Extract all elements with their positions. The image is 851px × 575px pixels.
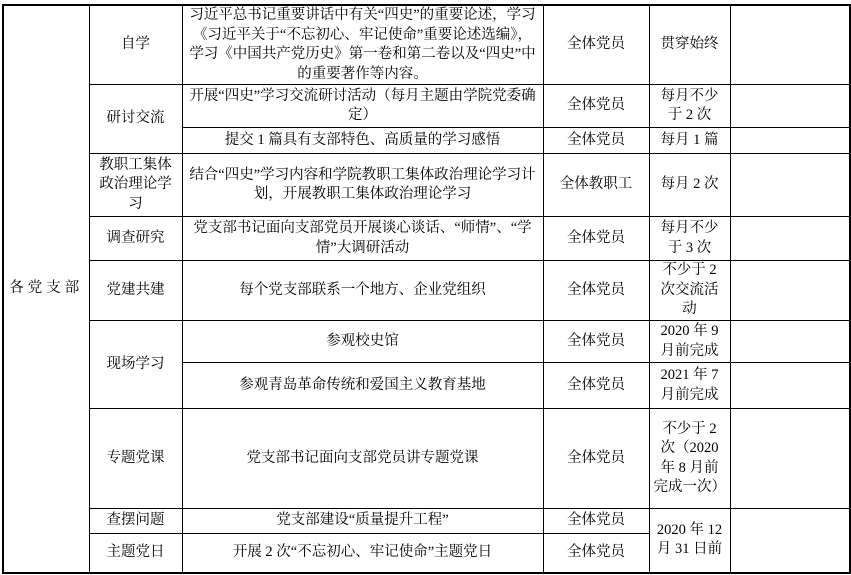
empty-cell bbox=[730, 5, 850, 85]
category-cell: 研讨交流 bbox=[89, 85, 182, 154]
frequency-cell: 不少于 2 次交流活动 bbox=[649, 261, 730, 321]
category-cell: 查摆问题 bbox=[89, 509, 182, 534]
task-cell: 开展“四史”学习交流研讨活动（每月主题由学院党委确定） bbox=[182, 85, 543, 128]
task-cell: 党支部书记面向支部党员开展谈心谈话、“师情”、“学情”大调研活动 bbox=[182, 217, 543, 261]
empty-cell bbox=[730, 154, 850, 217]
table-row: 现场学习 参观校史馆 全体党员 2020 年 9 月前完成 bbox=[3, 321, 850, 363]
table-row: 各党支部 自学 习近平总书记重要讲话中有关“四史”的重要论述，学习《习近平关于“… bbox=[3, 5, 850, 85]
empty-cell bbox=[730, 509, 850, 573]
empty-cell bbox=[730, 85, 850, 128]
empty-cell bbox=[730, 217, 850, 261]
frequency-cell: 2020 年 9 月前完成 bbox=[649, 321, 730, 363]
audience-cell: 全体党员 bbox=[543, 261, 649, 321]
category-cell: 调查研究 bbox=[89, 217, 182, 261]
table-row: 党建共建 每个党支部联系一个地方、企业党组织 全体党员 不少于 2 次交流活动 bbox=[3, 261, 850, 321]
table-row: 教职工集体政治理论学习 结合“四史”学习内容和学院教职工集体政治理论学习计划，开… bbox=[3, 154, 850, 217]
audience-cell: 全体党员 bbox=[543, 85, 649, 128]
audience-cell: 全体党员 bbox=[543, 363, 649, 409]
task-cell: 提交 1 篇具有支部特色、高质量的学习感悟 bbox=[182, 128, 543, 154]
task-cell: 每个党支部联系一个地方、企业党组织 bbox=[182, 261, 543, 321]
empty-cell bbox=[730, 363, 850, 409]
category-cell: 教职工集体政治理论学习 bbox=[89, 154, 182, 217]
frequency-cell: 每月不少于 3 次 bbox=[649, 217, 730, 261]
empty-cell bbox=[730, 128, 850, 154]
work-plan-table: 各党支部 自学 习近平总书记重要讲话中有关“四史”的重要论述，学习《习近平关于“… bbox=[2, 4, 851, 574]
task-cell: 参观青岛革命传统和爱国主义教育基地 bbox=[182, 363, 543, 409]
audience-cell: 全体党员 bbox=[543, 5, 649, 85]
table-row: 查摆问题 党支部建设“质量提升工程” 全体党员 2020 年 12 月 31 日… bbox=[3, 509, 850, 534]
audience-cell: 全体党员 bbox=[543, 321, 649, 363]
audience-cell: 全体教职工 bbox=[543, 154, 649, 217]
task-cell: 参观校史馆 bbox=[182, 321, 543, 363]
frequency-cell: 每月不少于 2 次 bbox=[649, 85, 730, 128]
task-cell: 党支部建设“质量提升工程” bbox=[182, 509, 543, 534]
empty-cell bbox=[730, 321, 850, 363]
frequency-cell: 2021 年 7 月前完成 bbox=[649, 363, 730, 409]
audience-cell: 全体党员 bbox=[543, 534, 649, 573]
audience-cell: 全体党员 bbox=[543, 128, 649, 154]
category-cell: 自学 bbox=[89, 5, 182, 85]
category-cell: 主题党日 bbox=[89, 534, 182, 573]
audience-cell: 全体党员 bbox=[543, 509, 649, 534]
org-cell: 各党支部 bbox=[3, 5, 89, 573]
task-cell: 开展 2 次“不忘初心、牢记使命”主题党日 bbox=[182, 534, 543, 573]
audience-cell: 全体党员 bbox=[543, 409, 649, 509]
frequency-cell: 贯穿始终 bbox=[649, 5, 730, 85]
category-cell: 党建共建 bbox=[89, 261, 182, 321]
document-page: 各党支部 自学 习近平总书记重要讲话中有关“四史”的重要论述，学习《习近平关于“… bbox=[0, 0, 851, 575]
task-cell: 党支部书记面向支部党员讲专题党课 bbox=[182, 409, 543, 509]
category-cell: 现场学习 bbox=[89, 321, 182, 409]
frequency-cell: 不少于 2 次（2020 年 8 月前完成一次） bbox=[649, 409, 730, 509]
table-row: 研讨交流 开展“四史”学习交流研讨活动（每月主题由学院党委确定） 全体党员 每月… bbox=[3, 85, 850, 128]
frequency-cell: 每月 1 篇 bbox=[649, 128, 730, 154]
table-row: 专题党课 党支部书记面向支部党员讲专题党课 全体党员 不少于 2 次（2020 … bbox=[3, 409, 850, 509]
empty-cell bbox=[730, 409, 850, 509]
task-cell: 习近平总书记重要讲话中有关“四史”的重要论述，学习《习近平关于“不忘初心、牢记使… bbox=[182, 5, 543, 85]
task-cell: 结合“四史”学习内容和学院教职工集体政治理论学习计划，开展教职工集体政治理论学习 bbox=[182, 154, 543, 217]
audience-cell: 全体党员 bbox=[543, 217, 649, 261]
table-row: 调查研究 党支部书记面向支部党员开展谈心谈话、“师情”、“学情”大调研活动 全体… bbox=[3, 217, 850, 261]
frequency-cell: 2020 年 12 月 31 日前 bbox=[649, 509, 730, 573]
category-cell: 专题党课 bbox=[89, 409, 182, 509]
frequency-cell: 每月 2 次 bbox=[649, 154, 730, 217]
empty-cell bbox=[730, 261, 850, 321]
